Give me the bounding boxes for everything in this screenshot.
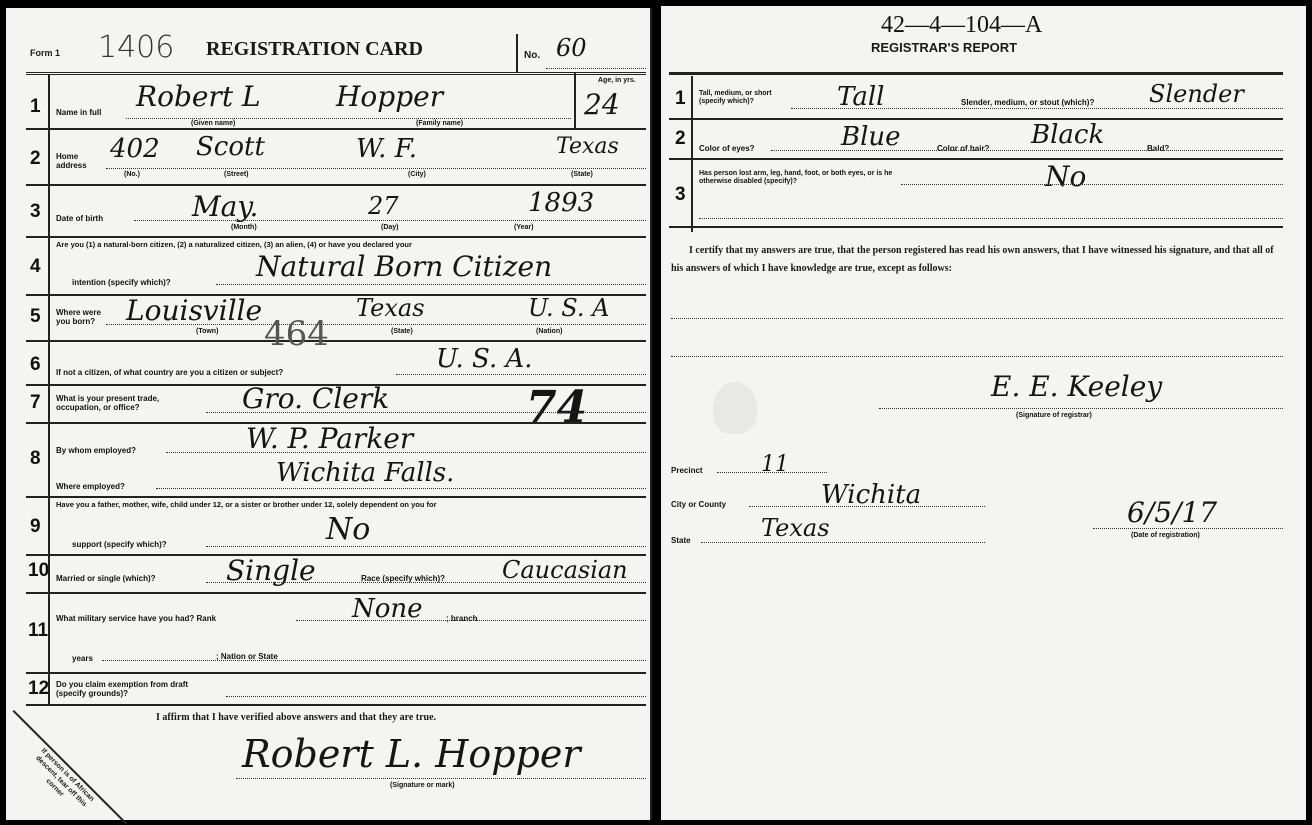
given-name: Robert L	[136, 80, 261, 113]
certify-text: I certify that my answers are true, that…	[671, 242, 1283, 278]
serial-handwritten: 1406	[98, 30, 174, 65]
hair-color-label: Color of hair?	[937, 144, 989, 153]
no-value: 60	[556, 34, 587, 62]
no-label: No.	[524, 50, 540, 61]
address-city: W. F.	[356, 134, 417, 164]
precinct-value: 11	[761, 452, 789, 477]
age-label: Age, in yrs.	[598, 76, 636, 85]
birthplace-label: Where were you born?	[56, 308, 104, 326]
height-label: Tall, medium, or short (specify which)?	[699, 90, 779, 106]
citizen-country-label: If not a citizen, of what country are yo…	[56, 368, 283, 377]
birth-day: 27	[368, 192, 399, 220]
citizenship-question: Are you (1) a natural-born citizen, (2) …	[56, 240, 412, 249]
hair-color: Black	[1031, 120, 1104, 150]
state-label: State	[671, 536, 691, 545]
disability-label: Has person lost arm, leg, hand, foot, or…	[699, 170, 899, 186]
registrars-report: 42—4—104—A REGISTRAR'S REPORT 1 Tall, me…	[661, 6, 1306, 820]
name-label: Name in full	[56, 108, 101, 117]
registrant-signature: Robert L. Hopper	[242, 732, 581, 776]
military-service-label: What military service have you had? Rank	[56, 614, 216, 623]
build-label: Slender, medium, or stout (which)?	[961, 98, 1094, 107]
registration-card: Form 1 1406 REGISTRATION CARD No. 60 1 N…	[6, 8, 652, 820]
row-number: 1	[30, 96, 41, 118]
form-label: Form 1	[30, 48, 60, 58]
occupation: Gro. Clerk	[242, 382, 389, 415]
marital-label: Married or single (which)?	[56, 574, 156, 583]
citizen-country: U. S. A.	[436, 344, 533, 374]
card-title: REGISTRATION CARD	[206, 38, 423, 61]
where-employed: Wichita Falls.	[276, 458, 454, 488]
birth-nation: U. S. A	[528, 294, 609, 322]
bald-label: Bald?	[1147, 144, 1169, 153]
home-address-label: Home address	[56, 152, 96, 170]
dob-label: Date of birth	[56, 214, 103, 223]
citizenship-answer: Natural Born Citizen	[256, 250, 552, 283]
watermark-leaf-icon	[713, 382, 757, 434]
race: Caucasian	[502, 556, 628, 584]
family-name: Hopper	[336, 80, 443, 113]
address-street: Scott	[196, 132, 265, 162]
affirm-text: I affirm that I have verified above answ…	[156, 712, 436, 723]
registration-date: 6/5/17	[1127, 496, 1217, 529]
divider	[516, 34, 518, 72]
birth-town: Louisville	[126, 294, 262, 327]
report-title: REGISTRAR'S REPORT	[871, 40, 1017, 55]
disability-answer: No	[1045, 160, 1086, 193]
eye-color: Blue	[841, 122, 901, 152]
where-employed-label: Where employed?	[56, 482, 125, 491]
margin-mark: 74	[526, 382, 587, 433]
dependents-answer: No	[326, 512, 370, 547]
state-value: Texas	[761, 514, 830, 542]
city-county-label: City or County	[671, 500, 726, 509]
registrar-signature: E. E. Keeley	[991, 370, 1162, 403]
age-value: 24	[584, 88, 620, 121]
employer-label: By whom employed?	[56, 446, 136, 455]
birth-year: 1893	[528, 188, 594, 218]
dependents-question: Have you a father, mother, wife, child u…	[56, 500, 437, 509]
build-value: Slender	[1149, 80, 1244, 108]
address-state: Texas	[556, 134, 619, 159]
eye-color-label: Color of eyes?	[699, 144, 755, 153]
birth-month: May.	[192, 190, 258, 223]
address-number: 402	[110, 134, 160, 164]
corner-note: If person is of African descent, tear of…	[20, 740, 103, 823]
margin-note: 464	[264, 314, 329, 354]
occupation-label: What is your present trade, occupation, …	[56, 394, 196, 412]
precinct-label: Precinct	[671, 466, 703, 475]
birth-state: Texas	[356, 294, 425, 322]
report-serial: 42—4—104—A	[881, 12, 1042, 39]
exemption-label: Do you claim exemption from draft (speci…	[56, 680, 216, 698]
employer: W. P. Parker	[246, 422, 413, 455]
